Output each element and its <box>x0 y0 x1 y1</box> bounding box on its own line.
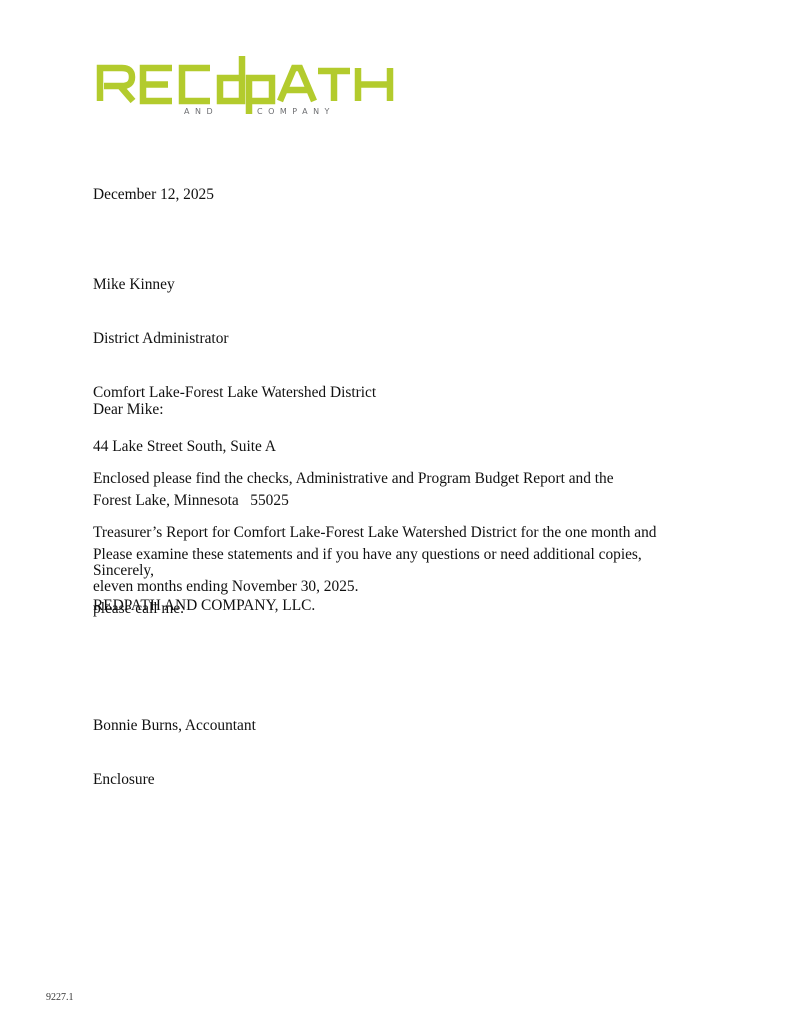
company-logo: AND COMPANY <box>96 56 396 118</box>
body-paragraph-2: Please examine these statements and if y… <box>93 510 642 636</box>
document-code: 9227.1 <box>46 992 74 1003</box>
svg-text:COMPANY: COMPANY <box>257 107 335 116</box>
letter-date: December 12, 2025 <box>93 186 214 204</box>
redpath-logo-icon: AND COMPANY <box>96 56 396 118</box>
signer-name: Bonnie Burns, Accountant <box>93 717 256 735</box>
paragraph-line: Please examine these statements and if y… <box>93 546 642 564</box>
recipient-title: District Administrator <box>93 330 376 348</box>
company-signature: REDPATH AND COMPANY, LLC. <box>93 597 315 615</box>
enclosure-note: Enclosure <box>93 771 256 789</box>
closing: Sincerely, <box>93 562 154 580</box>
svg-text:AND: AND <box>184 107 218 116</box>
signature-block: Bonnie Burns, Accountant Enclosure <box>93 681 256 807</box>
paragraph-line: Enclosed please find the checks, Adminis… <box>93 470 657 488</box>
recipient-organization: Comfort Lake-Forest Lake Watershed Distr… <box>93 384 376 402</box>
recipient-name: Mike Kinney <box>93 276 376 294</box>
salutation: Dear Mike: <box>93 401 164 419</box>
